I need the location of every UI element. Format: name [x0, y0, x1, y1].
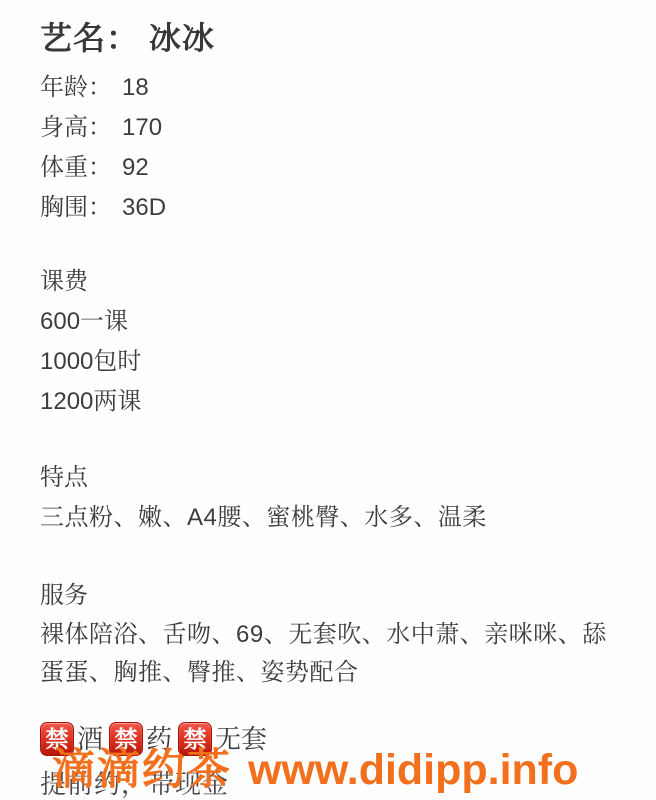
attribute-weight: 体重：92	[40, 148, 622, 188]
attribute-bust: 胸围：36D	[40, 188, 622, 228]
price-item: 1200两课	[40, 382, 622, 422]
features-text: 三点粉、嫩、A4腰、蜜桃臀、水多、温柔	[40, 498, 622, 538]
attribute-value: 92	[122, 154, 149, 181]
attribute-age: 年龄：18	[40, 68, 622, 108]
watermark: 滴滴约茶www.didipp.info	[52, 736, 578, 797]
attribute-label: 身高：	[40, 114, 112, 141]
services-text: 裸体陪浴、舌吻、69、无套吹、水中萧、亲咪咪、舔蛋蛋、胸推、臀推、姿势配合	[40, 616, 622, 692]
attribute-value: 36D	[122, 194, 166, 221]
attribute-value: 18	[122, 74, 149, 101]
attribute-height: 身高：170	[40, 108, 622, 148]
attribute-value: 170	[122, 114, 162, 141]
page-title: 艺名： 冰冰	[40, 14, 622, 62]
attribute-label: 年龄：	[40, 74, 112, 101]
features-heading: 特点	[40, 458, 622, 498]
attribute-label: 胸围：	[40, 194, 112, 221]
attribute-label: 体重：	[40, 154, 112, 181]
attributes-section: 年龄：18 身高：170 体重：92 胸围：36D	[40, 68, 622, 228]
watermark-brand: 滴滴约茶	[52, 746, 232, 794]
listing-page: 艺名： 冰冰 年龄：18 身高：170 体重：92 胸围：36D 课费 600一…	[0, 0, 656, 800]
watermark-url: www.didipp.info	[248, 746, 578, 794]
services-section: 服务 裸体陪浴、舌吻、69、无套吹、水中萧、亲咪咪、舔蛋蛋、胸推、臀推、姿势配合	[40, 576, 622, 692]
services-heading: 服务	[40, 576, 622, 616]
features-section: 特点 三点粉、嫩、A4腰、蜜桃臀、水多、温柔	[40, 458, 622, 538]
price-item: 1000包时	[40, 342, 622, 382]
price-item: 600一课	[40, 302, 622, 342]
pricing-section: 课费 600一课 1000包时 1200两课	[40, 262, 622, 422]
pricing-heading: 课费	[40, 262, 622, 302]
